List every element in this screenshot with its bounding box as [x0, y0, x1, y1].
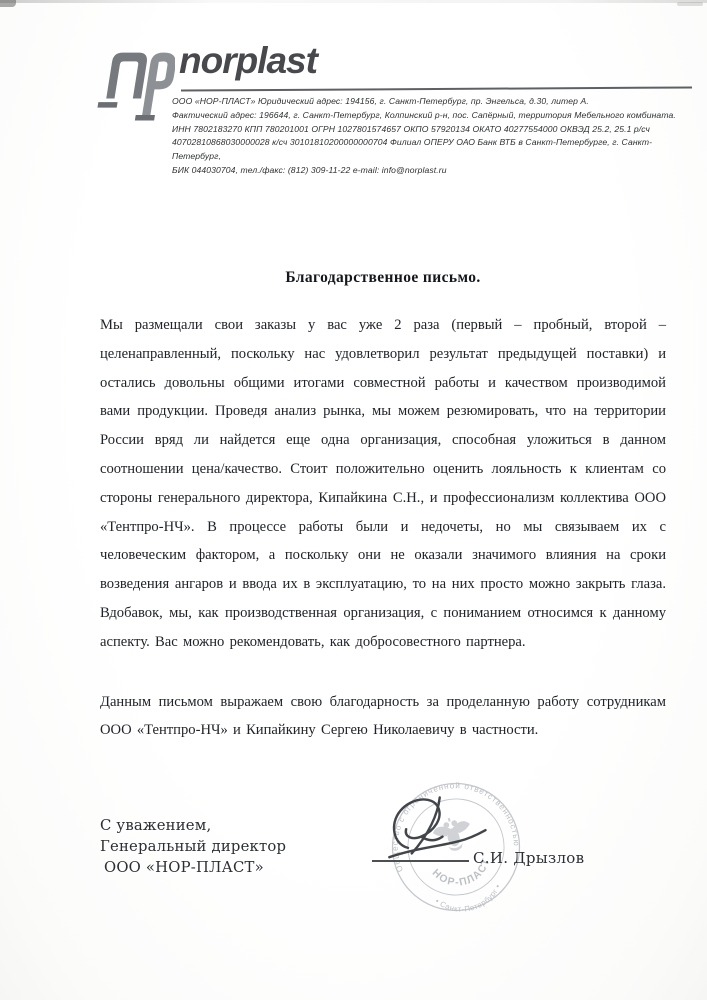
company-details-block: ООО «НОР-ПЛАСТ» Юридический адрес: 19415…: [172, 95, 684, 178]
letterhead-rule: [181, 86, 692, 91]
address-line-contacts: БИК 044030704, тел./факс: (812) 309-11-2…: [172, 164, 684, 178]
norplast-logo-icon: [97, 38, 175, 126]
signer-name: С.И. Дрызлов: [473, 849, 584, 867]
closing-block: С уважением, Генеральный директор ООО «Н…: [100, 815, 286, 878]
logo-wordmark: norplast: [179, 40, 317, 82]
letter-body: Мы размещали свои заказы у вас уже 2 раз…: [100, 311, 666, 745]
signature-line: [372, 860, 469, 862]
address-line-legal: ООО «НОР-ПЛАСТ» Юридический адрес: 19415…: [172, 95, 684, 109]
scan-artifact: [677, 2, 703, 6]
closing-line-company: ООО «НОР-ПЛАСТ»: [100, 857, 286, 878]
paragraph-1: Мы размещали свои заказы у вас уже 2 раз…: [100, 311, 666, 657]
stamp-city-text: • Санкт-Петербург •: [432, 881, 507, 921]
paragraph-2: Данным письмом выражаем свою благодарнос…: [100, 688, 666, 746]
closing-line-regards: С уважением,: [100, 815, 286, 836]
svg-text:• Санкт-Петербург •: • Санкт-Петербург •: [432, 881, 507, 921]
scan-artifact: [0, 0, 707, 3]
address-line-inn: ИНН 7802183270 КПП 780201001 ОГРН 102780…: [172, 123, 684, 137]
address-line-actual: Фактический адрес: 196644, г. Санкт-Пете…: [172, 109, 684, 123]
address-line-account: 40702810868030000028 к/сч 30101810200000…: [172, 136, 684, 164]
scan-artifact: [0, 0, 16, 7]
closing-line-position: Генеральный директор: [100, 836, 286, 857]
scanned-letter-page: norplast ООО «НОР-ПЛАСТ» Юридический адр…: [0, 0, 707, 1000]
letter-title: Благодарственное письмо.: [100, 269, 666, 287]
